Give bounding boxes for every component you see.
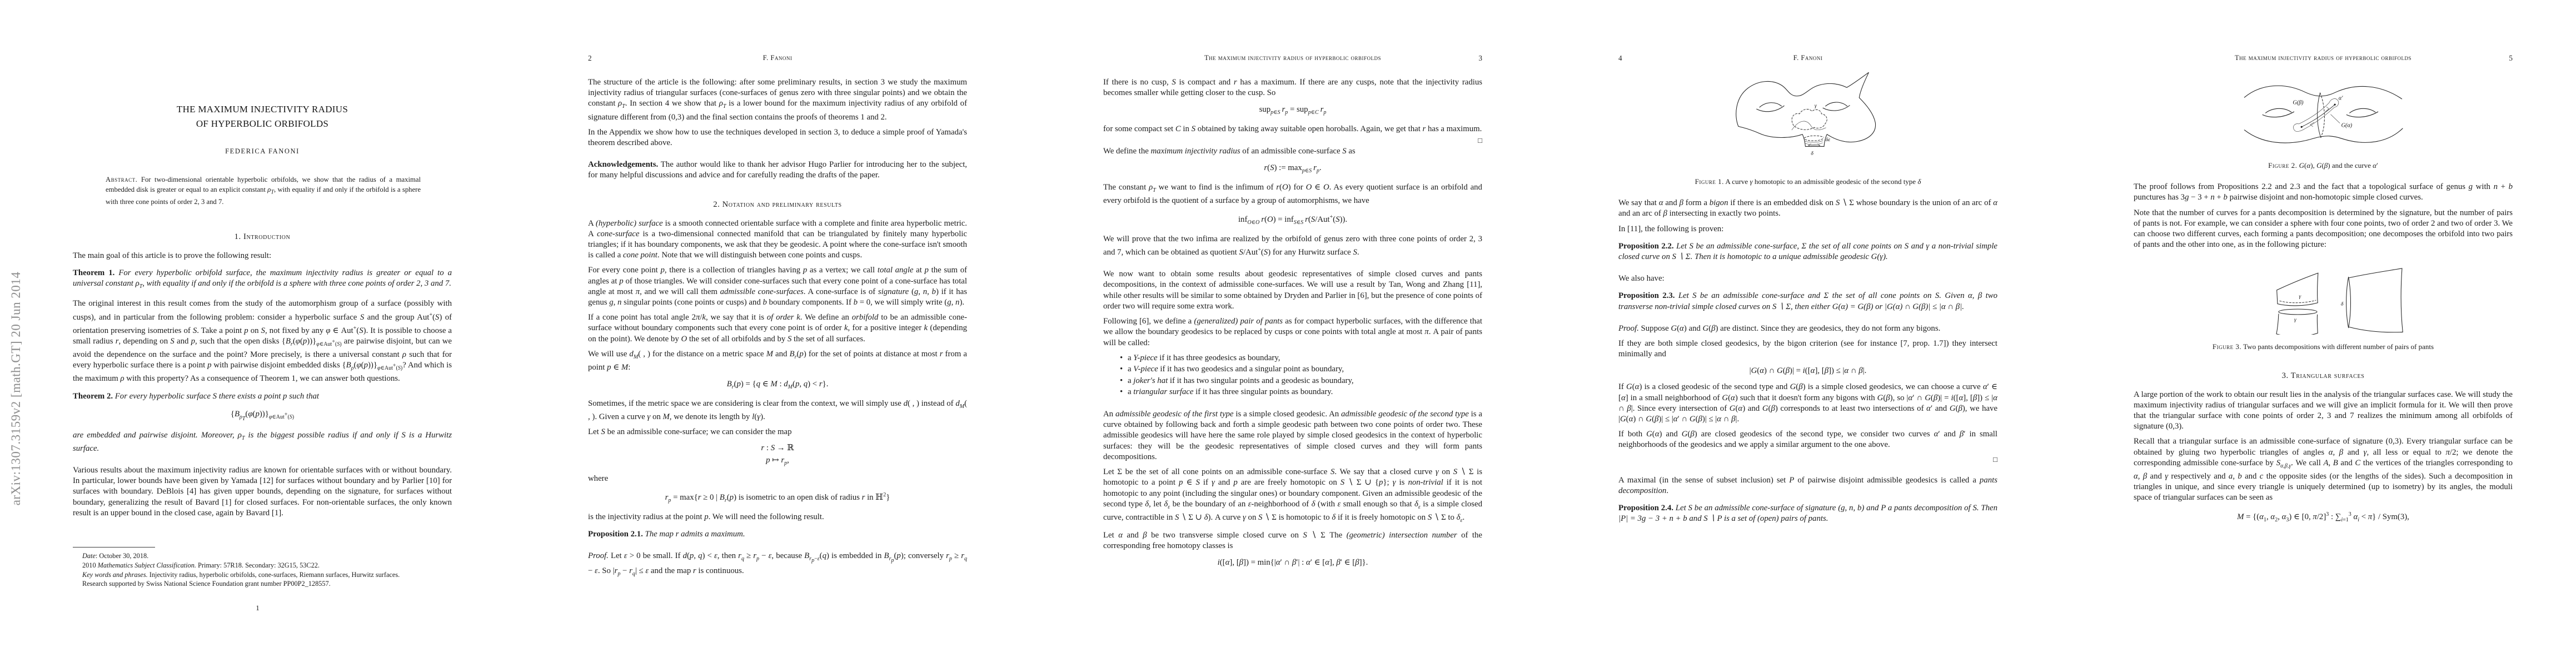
proposition-2-3: Proposition 2.3. Let S be an admissible … [1618,291,1997,312]
paragraph: Let S be an admissible cone-surface; we … [588,427,967,437]
theorem-1-label: Theorem 1. [73,268,114,277]
paragraph: We say that α and β form a bigon if ther… [1618,198,1997,219]
page-number: 1 [0,604,515,613]
paragraph: For every cone point p, there is a colle… [588,265,967,308]
figure-3: γ γ δ [2134,257,2513,337]
footnote-date: Date: October 30, 2018. [73,551,452,561]
running-head-title: The maximum injectivity radius of hyperb… [1204,54,1381,62]
page-2: 2F. Fanoni The structure of the article … [515,0,1030,667]
paragraph: Various results about the maximum inject… [73,465,452,519]
display-equation: infO∈O r(O) = infS∈S r(S/Aut+(S)). [1103,212,1482,228]
proposition-2-1: Proposition 2.1. The map r admits a maxi… [588,529,967,540]
paragraph: An admissible geodesic of the first type… [1103,409,1482,462]
paragraph-text: for some compact set C in S obtained by … [1103,125,1482,133]
figure-2-caption-label: Figure 2. [2268,161,2297,170]
label-g-beta: G(β) [2293,99,2304,106]
figure-2-caption-text: G(α), G(β) and the curve α′ [2299,161,2378,170]
running-head: 4F. Fanoni [1618,54,1997,63]
figure-1-caption-label: Figure 1. [1695,177,1724,186]
proposition-2-3-label: Proposition 2.3. [1618,291,1675,300]
section-3-heading: 3. Triangular surfaces [2134,371,2513,381]
footnote-keywords: Key words and phrases. Injectivity radiu… [73,570,452,580]
page-number: 5 [2509,54,2513,63]
proof: Proof. Let ε > 0 be small. If d(p, q) < … [588,551,967,579]
figure-3-caption: Figure 3. Two pants decompositions with … [2134,342,2513,352]
section-2-heading: 2. Notation and preliminary results [588,200,967,210]
paragraph: We now want to obtain some results about… [1103,269,1482,312]
list-item: a triangular surface if it has three sin… [1120,387,1482,398]
author: FEDERICA FANONI [73,147,452,156]
proposition-2-2-label: Proposition 2.2. [1618,242,1674,251]
display-equation: |G(α) ∩ G(β)| = i([α], [β]) ≤ |α ∩ β|. [1618,365,1997,376]
theorem-2-label: Theorem 2. [73,392,113,401]
figure-3-caption-label: Figure 3. [2213,342,2241,351]
paragraph: We will prove that the two infima are re… [1103,234,1482,258]
display-equation: r : S → ℝ [588,442,967,454]
pants-types-list: a Y-piece if it has three geodesics as b… [1103,353,1482,398]
page-number: 3 [1478,54,1482,63]
paragraph: A (hyperbolic) surface is a smooth conne… [588,218,967,261]
paragraph: If both G(α) and G(β) are closed geodesi… [1618,429,1997,450]
label-alpha-prime: α′ [2339,95,2343,101]
figure-1: γ δε δ [1618,71,1997,172]
label-delta: δ [2341,301,2344,307]
paragraph: The proof follows from Propositions 2.2 … [2134,182,2513,203]
proof: Proof. Suppose G(α) and G(β) are distinc… [1618,323,1997,334]
paragraph: Following [6], we define a (generalized)… [1103,316,1482,349]
proposition-2-3-text: Let S be an admissible cone-surface and … [1618,291,1997,311]
qed-box: □ [1618,455,1997,464]
paragraph: where [588,474,967,484]
proposition-2-4-label: Proposition 2.4. [1618,504,1673,512]
label-gamma-dashed: γ [2299,294,2301,300]
running-head: The maximum injectivity radius of hyperb… [1103,54,1482,63]
display-equation: Br(p) = {q ∈ M : dM(p, q) < r}. [588,379,967,393]
footnote-msc: 2010 Mathematics Subject Classification.… [73,561,452,570]
running-head: 2F. Fanoni [588,54,967,63]
proposition-2-1-text: The map r admits a maximum. [645,530,745,539]
section-1-heading: 1. Introduction [73,232,452,242]
acknowledgements-label: Acknowledgements. [588,160,658,169]
label-gamma: γ [1815,103,1817,109]
proposition-2-2: Proposition 2.2. Let S be an admissible … [1618,241,1997,262]
abstract-text: For two-dimensional orientable hyperboli… [106,176,421,206]
paragraph: Note that the number of curves for a pan… [2134,208,2513,251]
figure-1-caption: Figure 1. A curve γ homotopic to an admi… [1618,177,1997,187]
paper-sheet: arXiv:1307.3159v2 [math.GT] 20 Jun 2014 … [0,0,2576,667]
proposition-2-2-text: Let S be an admissible cone-surface, Σ t… [1618,242,1997,261]
paragraph: is the injectivity radius at the point p… [588,512,967,522]
display-equation: rp = max{r ≥ 0 | Br(p) is isometric to a… [588,490,967,506]
footnote-support: Research supported by Swiss National Sci… [73,579,452,589]
list-item: a V-piece if it has two geodesics and a … [1120,364,1482,375]
display-equation: {BρT(φ(p))}φ∈Aut+(S) [73,409,452,425]
theorem-2-continuation: are embedded and pairwise disjoint. More… [73,430,452,454]
figure-1-drawing: γ δε δ [1727,71,1889,170]
page-number: 2 [588,54,592,63]
running-head-title: F. Fanoni [1793,54,1823,62]
paragraph: We define the maximum injectivity radius… [1103,146,1482,157]
paragraph: We also have: [1618,273,1997,284]
paragraph: A large portion of the work to obtain ou… [2134,390,2513,432]
paragraph: In [11], the following is proven: [1618,224,1997,235]
paragraph: In the Appendix we show how to use the t… [588,127,967,148]
label-delta-epsilon: δε [1826,137,1831,143]
page-4: 4F. Fanoni γ δε δ [1546,0,2061,667]
abstract-label: Abstract. [106,176,137,183]
paragraph: for some compact set C in S obtained by … [1103,124,1482,135]
figure-2-drawing: G(β) α′ G(α) [2240,74,2406,153]
paragraph: The main goal of this article is to prov… [73,251,452,261]
footnote-rule [73,547,155,547]
running-head-title: The maximum injectivity radius of hyperb… [2235,54,2411,62]
theorem-1-text: For every hyperbolic orbifold surface, t… [73,268,452,288]
page-number: 4 [1618,54,1622,63]
label-g-alpha: G(α) [2341,122,2353,128]
page-1: THE MAXIMUM INJECTIVITY RADIUSOF HYPERBO… [0,0,515,667]
paragraph: The structure of the article is the foll… [588,77,967,123]
acknowledgements: Acknowledgements. The author would like … [588,160,967,181]
figure-3-caption-text: Two pants decompositions with different … [2243,342,2434,351]
proposition-2-4: Proposition 2.4. Let S be an admissible … [1618,503,1997,524]
figure-1-caption-text: A curve γ homotopic to an admissible geo… [1725,177,1921,186]
theorem-2: Theorem 2. For every hyperbolic surface … [73,391,452,402]
figure-2-caption: Figure 2. G(α), G(β) and the curve α′ [2134,161,2513,171]
page-3: The maximum injectivity radius of hyperb… [1030,0,1546,667]
paragraph: Let α and β be two transverse simple clo… [1103,530,1482,551]
display-equation: M = {(α1, α2, α3) ∈ [0, π/2]3 : ∑i=13 αi… [2134,509,2513,526]
proposition-2-1-label: Proposition 2.1. [588,530,643,539]
running-head: The maximum injectivity radius of hyperb… [2134,54,2513,63]
proposition-2-4-text: Let S be an admissible cone-surface of s… [1618,504,1997,523]
paragraph: Sometimes, if the metric space we are co… [588,399,967,422]
paragraph: Recall that a triangular surface is an a… [2134,436,2513,503]
figure-3-drawing: γ γ δ [2240,257,2406,335]
figure-2: G(β) α′ G(α) [2134,74,2513,156]
paper-title: THE MAXIMUM INJECTIVITY RADIUSOF HYPERBO… [73,102,452,131]
label-delta: δ [1811,151,1813,157]
paragraph: The constant ρT we want to find is the i… [1103,182,1482,206]
list-item: a Y-piece if it has three geodesics as b… [1120,353,1482,364]
paragraph: Let Σ be the set of all cone points on a… [1103,467,1482,526]
footnotes: Date: October 30, 2018. 2010 Mathematics… [73,547,452,589]
display-equation: r(S) := maxp∈S rp. [1103,162,1482,177]
display-equation: i([α], [β]) = min{|α′ ∩ β′| : α′ ∈ [α], … [1103,557,1482,568]
theorem-1: Theorem 1. For every hyperbolic orbifold… [73,268,452,292]
list-item: a joker's hat if it has two singular poi… [1120,376,1482,387]
page-5: The maximum injectivity radius of hyperb… [2061,0,2576,667]
paragraph: The original interest in this result com… [73,298,452,384]
label-gamma-solid: γ [2294,317,2297,323]
running-head-title: F. Fanoni [763,54,793,62]
qed-box: □ [1478,135,1482,146]
paragraph: A maximal (in the sense of subset inclus… [1618,475,1997,496]
paragraph: We will use dM( , ) for the distance on … [588,349,967,373]
paragraph: If there is no cusp, S is compact and r … [1103,77,1482,98]
display-equation: p ↦ rp, [588,455,967,469]
paragraph: If they are both simple closed geodesics… [1618,339,1997,360]
display-equation: supp∈S rp = supp∈C rp [1103,104,1482,118]
theorem-2-text: For every hyperbolic surface S there exi… [115,392,319,401]
paragraph: If G(α) is a closed geodesic of the seco… [1618,382,1997,425]
abstract: Abstract. For two-dimensional orientable… [106,175,421,207]
paragraph: If a cone point has total angle 2π/k, we… [588,312,967,345]
